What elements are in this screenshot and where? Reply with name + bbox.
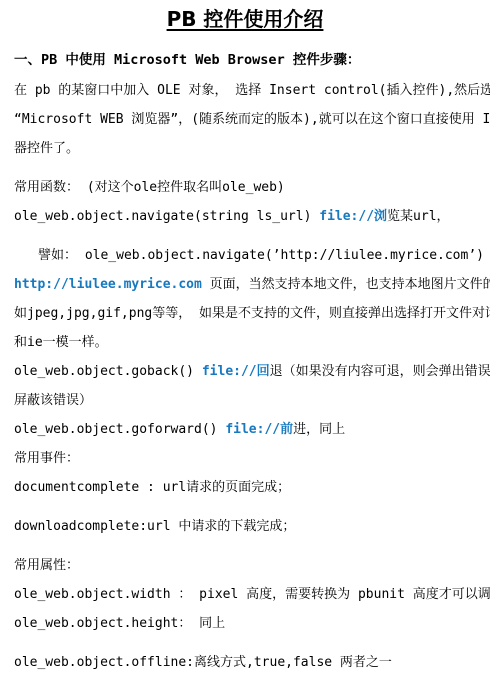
text-line: ole_web.object.width ： pixel 高度，需要转换为 pb…: [14, 580, 476, 609]
text-segment: 常用事件：: [14, 451, 79, 466]
text-segment: documentcomplete : url请求的页面完成；: [14, 480, 290, 495]
text-segment: ole_web.object.offline:离线方式,true,false 两…: [14, 655, 392, 670]
text-line: downloadcomplete:url 中请求的下载完成；: [14, 512, 476, 541]
text-segment: 退（如果没有内容可退，则会弹出错误，可以: [270, 364, 490, 379]
text-line: http://liulee.myrice.com 页面，当然支持本地文件，也支持…: [14, 270, 476, 299]
text-segment: downloadcomplete:url 中请求的下载完成；: [14, 519, 295, 534]
hyperlink-text[interactable]: file://浏: [319, 209, 387, 224]
text-segment: 和ie一模一样。: [14, 335, 108, 350]
text-segment: 常用函数： (对这个ole控件取名叫ole_web): [14, 180, 285, 195]
text-segment: ole_web.object.goforward(): [14, 422, 225, 437]
text-segment: 器控件了。: [14, 141, 79, 156]
hyperlink-text[interactable]: file://前: [225, 422, 293, 437]
document-page: PB 控件使用介绍 一、PB 中使用 Microsoft Web Browser…: [0, 0, 490, 677]
text-segment: ole_web.object.navigate(string ls_url): [14, 209, 319, 224]
text-line: 常用属性：: [14, 551, 476, 580]
text-segment: 页面，当然支持本地文件，也支持本地图片文件的浏览，: [202, 277, 490, 292]
text-line: 常用函数： (对这个ole控件取名叫ole_web): [14, 173, 476, 202]
text-line: 譬如： ole_web.object.navigate(’http://liul…: [14, 241, 476, 270]
text-line: “Microsoft WEB 浏览器”，(随系统而定的版本),就可以在这个窗口直…: [14, 105, 476, 134]
text-line: ole_web.object.height： 同上: [14, 609, 476, 638]
hyperlink-text[interactable]: http://liulee.myrice.com: [14, 277, 202, 292]
text-line: 在 pb 的某窗口中加入 OLE 对象， 选择 Insert control(插…: [14, 76, 476, 105]
text-segment: ole_web.object.width ： pixel 高度，需要转换为 pb…: [14, 587, 490, 602]
text-segment: ole_web.object.goback(): [14, 364, 202, 379]
text-segment: 在 pb 的某窗口中加入 OLE 对象， 选择 Insert control(插…: [14, 83, 490, 98]
text-segment: 进，同上: [293, 422, 345, 437]
page-title: PB 控件使用介绍: [14, 6, 476, 32]
text-line: ole_web.object.navigate(string ls_url) f…: [14, 202, 476, 231]
text-line: 屏蔽该错误）: [14, 386, 476, 415]
text-line: 器控件了。: [14, 134, 476, 163]
text-segment: 览某url，: [387, 209, 449, 224]
text-line: documentcomplete : url请求的页面完成；: [14, 473, 476, 502]
text-line: ole_web.object.offline:离线方式,true,false 两…: [14, 648, 476, 677]
document-lines: 在 pb 的某窗口中加入 OLE 对象， 选择 Insert control(插…: [14, 76, 476, 677]
text-segment: “Microsoft WEB 浏览器”，(随系统而定的版本),就可以在这个窗口直…: [14, 112, 490, 127]
text-line: ole_web.object.goforward() file://前进，同上: [14, 415, 476, 444]
text-segment: 如jpeg,jpg,gif,png等等， 如果是不支持的文件，则直接弹出选择打开…: [14, 306, 490, 321]
text-line: 常用事件：: [14, 444, 476, 473]
text-segment: ole_web.object.height： 同上: [14, 616, 225, 631]
text-line: ole_web.object.goback() file://回退（如果没有内容…: [14, 357, 476, 386]
hyperlink-text[interactable]: file://回: [202, 364, 270, 379]
text-segment: 屏蔽该错误）: [14, 393, 92, 408]
section-heading: 一、PB 中使用 Microsoft Web Browser 控件步骤：: [14, 50, 476, 70]
text-segment: 常用属性：: [14, 558, 79, 573]
text-segment: 譬如： ole_web.object.navigate(’http://liul…: [38, 248, 490, 263]
text-line: 如jpeg,jpg,gif,png等等， 如果是不支持的文件，则直接弹出选择打开…: [14, 299, 476, 328]
text-line: 和ie一模一样。: [14, 328, 476, 357]
